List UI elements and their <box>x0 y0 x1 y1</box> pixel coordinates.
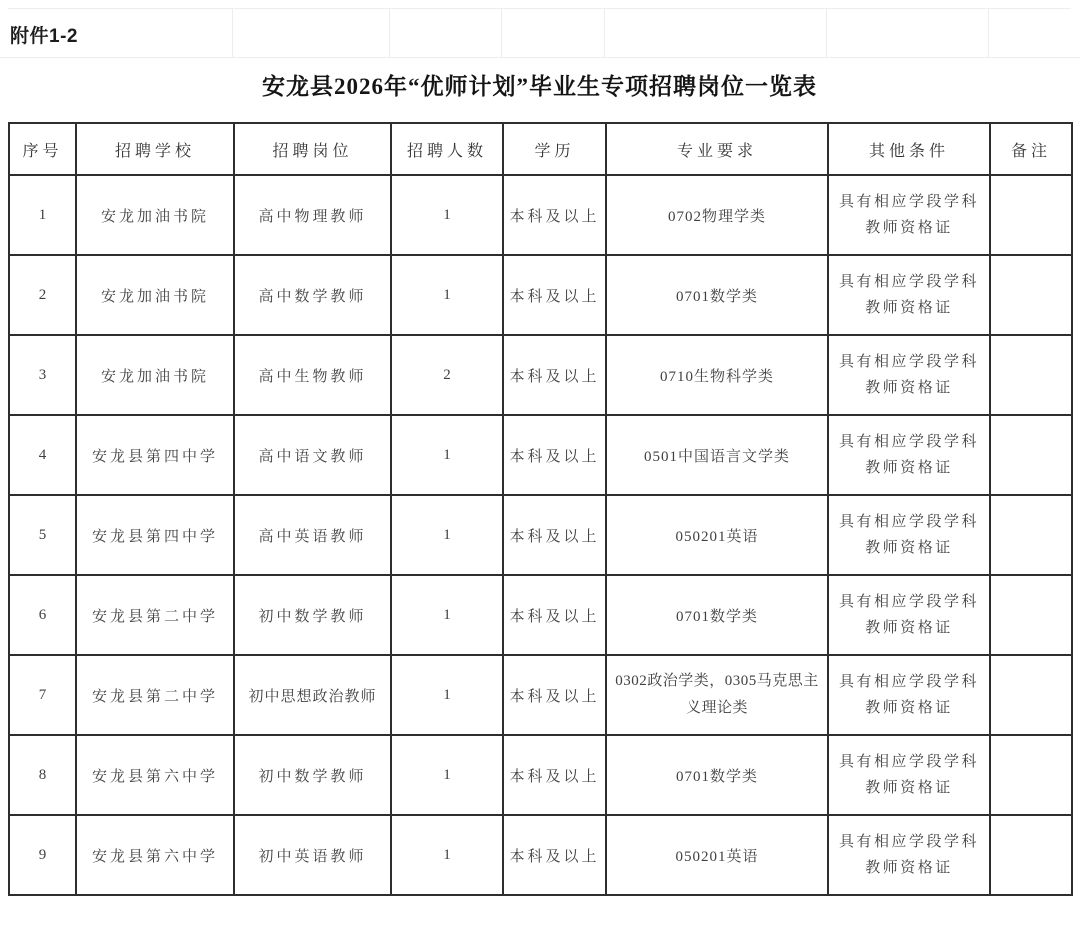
cell-other: 具有相应学段学科教师资格证 <box>828 255 990 335</box>
table-row: 2 安龙加油书院 高中数学教师 1 本科及以上 0701数学类 具有相应学段学科… <box>9 255 1072 335</box>
cell-position: 初中英语教师 <box>234 815 391 895</box>
page-title: 安龙县2026年“优师计划”毕业生专项招聘岗位一览表 <box>8 68 1071 101</box>
header-cell-remark: 备注 <box>990 123 1072 175</box>
cell-position: 高中生物教师 <box>234 335 391 415</box>
cell-remark <box>990 335 1072 415</box>
cell-position: 高中英语教师 <box>234 495 391 575</box>
cell-count: 1 <box>391 495 503 575</box>
header-cell-school: 招聘学校 <box>76 123 234 175</box>
cell-school: 安龙县第二中学 <box>76 655 234 735</box>
cell-school: 安龙县第四中学 <box>76 415 234 495</box>
table-row: 8 安龙县第六中学 初中数学教师 1 本科及以上 0701数学类 具有相应学段学… <box>9 735 1072 815</box>
cell-education: 本科及以上 <box>503 575 606 655</box>
header-row: 序号 招聘学校 招聘岗位 招聘人数 学历 专业要求 其他条件 备注 <box>9 123 1072 175</box>
cell-other: 具有相应学段学科教师资格证 <box>828 575 990 655</box>
cell-count: 1 <box>391 255 503 335</box>
cell-school: 安龙县第六中学 <box>76 815 234 895</box>
table-row: 7 安龙县第二中学 初中思想政治教师 1 本科及以上 0302政治学类，0305… <box>9 655 1072 735</box>
cell-position: 初中数学教师 <box>234 735 391 815</box>
header-cell-count: 招聘人数 <box>391 123 503 175</box>
cell-count: 1 <box>391 655 503 735</box>
cell-other: 具有相应学段学科教师资格证 <box>828 655 990 735</box>
cell-remark <box>990 575 1072 655</box>
cell-school: 安龙县第二中学 <box>76 575 234 655</box>
cell-no: 1 <box>9 175 76 255</box>
cell-count: 1 <box>391 735 503 815</box>
cell-major: 050201英语 <box>606 815 828 895</box>
cell-remark <box>990 735 1072 815</box>
cell-major: 0702物理学类 <box>606 175 828 255</box>
grid-cell <box>827 9 989 57</box>
cell-school: 安龙县第四中学 <box>76 495 234 575</box>
cell-education: 本科及以上 <box>503 815 606 895</box>
cell-no: 6 <box>9 575 76 655</box>
cell-no: 7 <box>9 655 76 735</box>
cell-other: 具有相应学段学科教师资格证 <box>828 495 990 575</box>
table-row: 9 安龙县第六中学 初中英语教师 1 本科及以上 050201英语 具有相应学段… <box>9 815 1072 895</box>
cell-remark <box>990 175 1072 255</box>
cell-position: 初中思想政治教师 <box>234 655 391 735</box>
grid-cell <box>390 9 502 57</box>
cell-education: 本科及以上 <box>503 175 606 255</box>
cell-position: 高中物理教师 <box>234 175 391 255</box>
cell-remark <box>990 255 1072 335</box>
cell-major: 0710生物科学类 <box>606 335 828 415</box>
table-row: 4 安龙县第四中学 高中语文教师 1 本科及以上 0501中国语言文学类 具有相… <box>9 415 1072 495</box>
cell-no: 4 <box>9 415 76 495</box>
grid-cell <box>233 9 390 57</box>
cell-other: 具有相应学段学科教师资格证 <box>828 415 990 495</box>
cell-position: 初中数学教师 <box>234 575 391 655</box>
table-row: 3 安龙加油书院 高中生物教师 2 本科及以上 0710生物科学类 具有相应学段… <box>9 335 1072 415</box>
cell-other: 具有相应学段学科教师资格证 <box>828 735 990 815</box>
cell-no: 8 <box>9 735 76 815</box>
cell-count: 1 <box>391 815 503 895</box>
header-cell-position: 招聘岗位 <box>234 123 391 175</box>
cell-major: 0501中国语言文学类 <box>606 415 828 495</box>
grid-cell <box>502 9 605 57</box>
cell-no: 2 <box>9 255 76 335</box>
cell-school: 安龙加油书院 <box>76 255 234 335</box>
cell-no: 5 <box>9 495 76 575</box>
header-cell-major: 专业要求 <box>606 123 828 175</box>
cell-count: 1 <box>391 175 503 255</box>
cell-major: 0302政治学类，0305马克思主义理论类 <box>606 655 828 735</box>
header-cell-education: 学历 <box>503 123 606 175</box>
cell-education: 本科及以上 <box>503 335 606 415</box>
header-cell-other: 其他条件 <box>828 123 990 175</box>
cell-major: 0701数学类 <box>606 575 828 655</box>
table-row: 5 安龙县第四中学 高中英语教师 1 本科及以上 050201英语 具有相应学段… <box>9 495 1072 575</box>
grid-cell: 附件1-2 <box>8 9 233 57</box>
cell-school: 安龙加油书院 <box>76 175 234 255</box>
cell-major: 050201英语 <box>606 495 828 575</box>
cell-other: 具有相应学段学科教师资格证 <box>828 815 990 895</box>
cell-count: 1 <box>391 415 503 495</box>
cell-other: 具有相应学段学科教师资格证 <box>828 175 990 255</box>
grid-divider <box>0 57 1080 58</box>
cell-position: 高中数学教师 <box>234 255 391 335</box>
recruitment-table: 序号 招聘学校 招聘岗位 招聘人数 学历 专业要求 其他条件 备注 1 安龙加油… <box>8 122 1073 896</box>
table-row: 1 安龙加油书院 高中物理教师 1 本科及以上 0702物理学类 具有相应学段学… <box>9 175 1072 255</box>
cell-major: 0701数学类 <box>606 255 828 335</box>
table-row: 6 安龙县第二中学 初中数学教师 1 本科及以上 0701数学类 具有相应学段学… <box>9 575 1072 655</box>
cell-school: 安龙加油书院 <box>76 335 234 415</box>
grid-cell <box>605 9 827 57</box>
cell-education: 本科及以上 <box>503 495 606 575</box>
cell-remark <box>990 495 1072 575</box>
grid-cell <box>989 9 1071 57</box>
spreadsheet-grid-row: 附件1-2 <box>8 8 1071 57</box>
cell-education: 本科及以上 <box>503 735 606 815</box>
attachment-label: 附件1-2 <box>8 9 232 48</box>
cell-education: 本科及以上 <box>503 655 606 735</box>
cell-education: 本科及以上 <box>503 415 606 495</box>
cell-remark <box>990 655 1072 735</box>
cell-no: 3 <box>9 335 76 415</box>
cell-remark <box>990 815 1072 895</box>
cell-major: 0701数学类 <box>606 735 828 815</box>
cell-remark <box>990 415 1072 495</box>
header-cell-no: 序号 <box>9 123 76 175</box>
cell-other: 具有相应学段学科教师资格证 <box>828 335 990 415</box>
cell-school: 安龙县第六中学 <box>76 735 234 815</box>
cell-count: 2 <box>391 335 503 415</box>
cell-count: 1 <box>391 575 503 655</box>
cell-position: 高中语文教师 <box>234 415 391 495</box>
cell-education: 本科及以上 <box>503 255 606 335</box>
cell-no: 9 <box>9 815 76 895</box>
